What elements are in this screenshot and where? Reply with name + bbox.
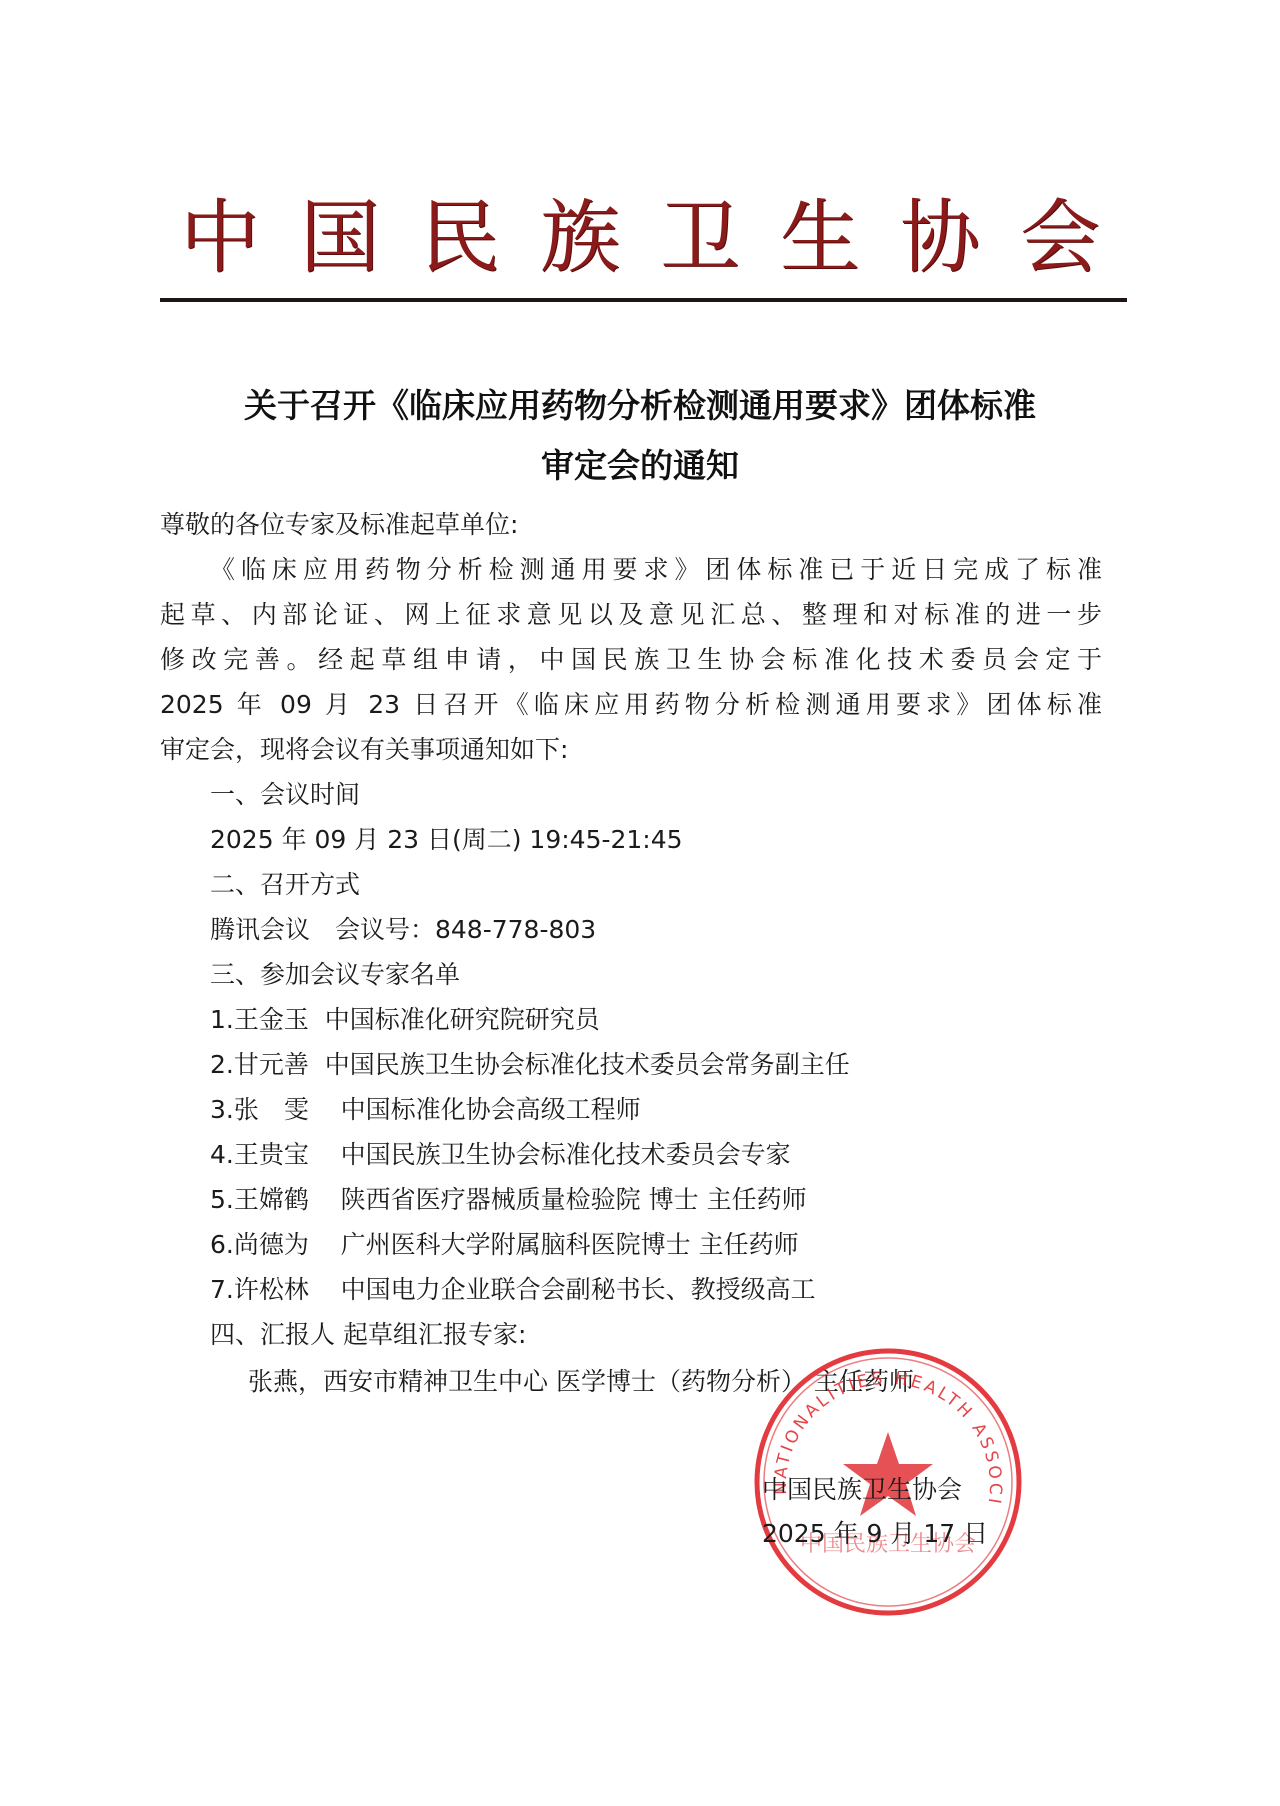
expert-name: 张 雯	[234, 1095, 309, 1124]
section-reporter-heading: 四、汇报人 起草组汇报专家:	[210, 1318, 526, 1352]
expert-list-item: 4.王贵宝 中国民族卫生协会标准化技术委员会专家	[210, 1138, 791, 1172]
letterhead-org-name: 中国民族卫生协会	[0, 188, 1280, 288]
expert-list-item: 6.尚德为 广州医科大学附属脑科医院博士 主任药师	[210, 1228, 799, 1262]
expert-list-item: 1.王金玉 中国标准化研究院研究员	[210, 1003, 600, 1037]
expert-no: 2.	[210, 1050, 234, 1079]
expert-name: 尚德为	[234, 1230, 309, 1259]
expert-name: 许松林	[234, 1275, 309, 1304]
body-line-2: 起草、内部论证、网上征求意见以及意见汇总、整理和对标准的进一步	[160, 598, 1102, 632]
body-line-3: 修改完善。经起草组申请，中国民族卫生协会标准化技术委员会定于	[160, 643, 1102, 677]
body-line-4: 2025 年 09 月 23 日召开《临床应用药物分析检测通用要求》团体标准	[160, 688, 1102, 722]
document-page: 中国民族卫生协会 关于召开《临床应用药物分析检测通用要求》团体标准 审定会的通知…	[0, 0, 1280, 1806]
section-experts-heading: 三、参加会议专家名单	[210, 958, 460, 992]
body-line-1: 《临床应用药物分析检测通用要求》团体标准已于近日完成了标准	[210, 553, 1102, 587]
notice-title-line1: 关于召开《临床应用药物分析检测通用要求》团体标准	[0, 380, 1280, 427]
expert-name: 王金玉	[234, 1005, 309, 1034]
meeting-method-value: 腾讯会议 会议号：848-778-803	[210, 913, 596, 947]
expert-name: 王贵宝	[234, 1140, 309, 1169]
expert-title: 中国电力企业联合会副秘书长、教授级高工	[341, 1275, 816, 1304]
signature-org: 中国民族卫生协会	[762, 1470, 962, 1506]
letterhead-divider	[160, 298, 1127, 302]
expert-title: 中国标准化研究院研究员	[325, 1005, 600, 1034]
expert-list-item: 3.张 雯 中国标准化协会高级工程师	[210, 1093, 641, 1127]
expert-name: 王嫦鹤	[234, 1185, 309, 1214]
expert-title: 广州医科大学附属脑科医院博士 主任药师	[341, 1230, 799, 1259]
expert-no: 7.	[210, 1275, 234, 1304]
notice-title-line2: 审定会的通知	[0, 440, 1280, 487]
expert-no: 1.	[210, 1005, 234, 1034]
signature-date: 2025 年 9 月 17 日	[762, 1514, 988, 1550]
expert-no: 3.	[210, 1095, 234, 1124]
meeting-time-value: 2025 年 09 月 23 日(周二) 19:45-21:45	[210, 823, 683, 857]
expert-name: 甘元善	[234, 1050, 309, 1079]
expert-list-item: 5.王嫦鹤 陕西省医疗器械质量检验院 博士 主任药师	[210, 1183, 807, 1217]
section-method-heading: 二、召开方式	[210, 868, 360, 902]
expert-title: 中国民族卫生协会标准化技术委员会常务副主任	[325, 1050, 850, 1079]
expert-no: 4.	[210, 1140, 234, 1169]
expert-title: 陕西省医疗器械质量检验院 博士 主任药师	[341, 1185, 807, 1214]
expert-title: 中国民族卫生协会标准化技术委员会专家	[341, 1140, 791, 1169]
expert-list-item: 7.许松林 中国电力企业联合会副秘书长、教授级高工	[210, 1273, 816, 1307]
expert-no: 6.	[210, 1230, 234, 1259]
expert-title: 中国标准化协会高级工程师	[341, 1095, 641, 1124]
salutation: 尊敬的各位专家及标准起草单位:	[160, 508, 518, 542]
section-time-heading: 一、会议时间	[210, 778, 360, 812]
body-line-5: 审定会，现将会议有关事项通知如下:	[160, 733, 568, 767]
expert-no: 5.	[210, 1185, 234, 1214]
expert-list-item: 2.甘元善 中国民族卫生协会标准化技术委员会常务副主任	[210, 1048, 850, 1082]
